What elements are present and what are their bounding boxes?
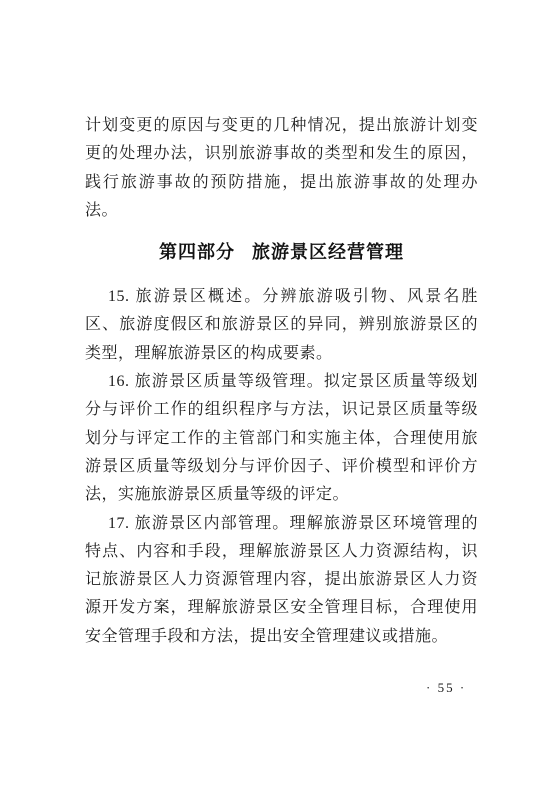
section-part-label: 第四部分 <box>159 242 235 262</box>
list-item-17: 17. 旅游景区内部管理。理解旅游景区环境管理的特点、内容和手段，理解旅游景区人… <box>85 510 478 651</box>
intro-paragraph: 计划变更的原因与变更的几种情况，提出旅游计划变更的处理办法，识别旅游事故的类型和… <box>85 112 478 225</box>
section-heading: 第四部分旅游景区经营管理 <box>85 239 478 265</box>
list-item-15: 15. 旅游景区概述。分辨旅游吸引物、风景名胜区、旅游度假区和旅游景区的异同，辨… <box>85 283 478 368</box>
document-page: 计划变更的原因与变更的几种情况，提出旅游计划变更的处理办法，识别旅游事故的类型和… <box>0 0 560 794</box>
page-number: · 55 · <box>426 680 466 696</box>
text-block: 计划变更的原因与变更的几种情况，提出旅游计划变更的处理办法，识别旅游事故的类型和… <box>85 112 478 651</box>
section-title: 旅游景区经营管理 <box>252 242 404 262</box>
list-item-16: 16. 旅游景区质量等级管理。拟定景区质量等级划分与评价工作的组织程序与方法，识… <box>85 368 478 509</box>
